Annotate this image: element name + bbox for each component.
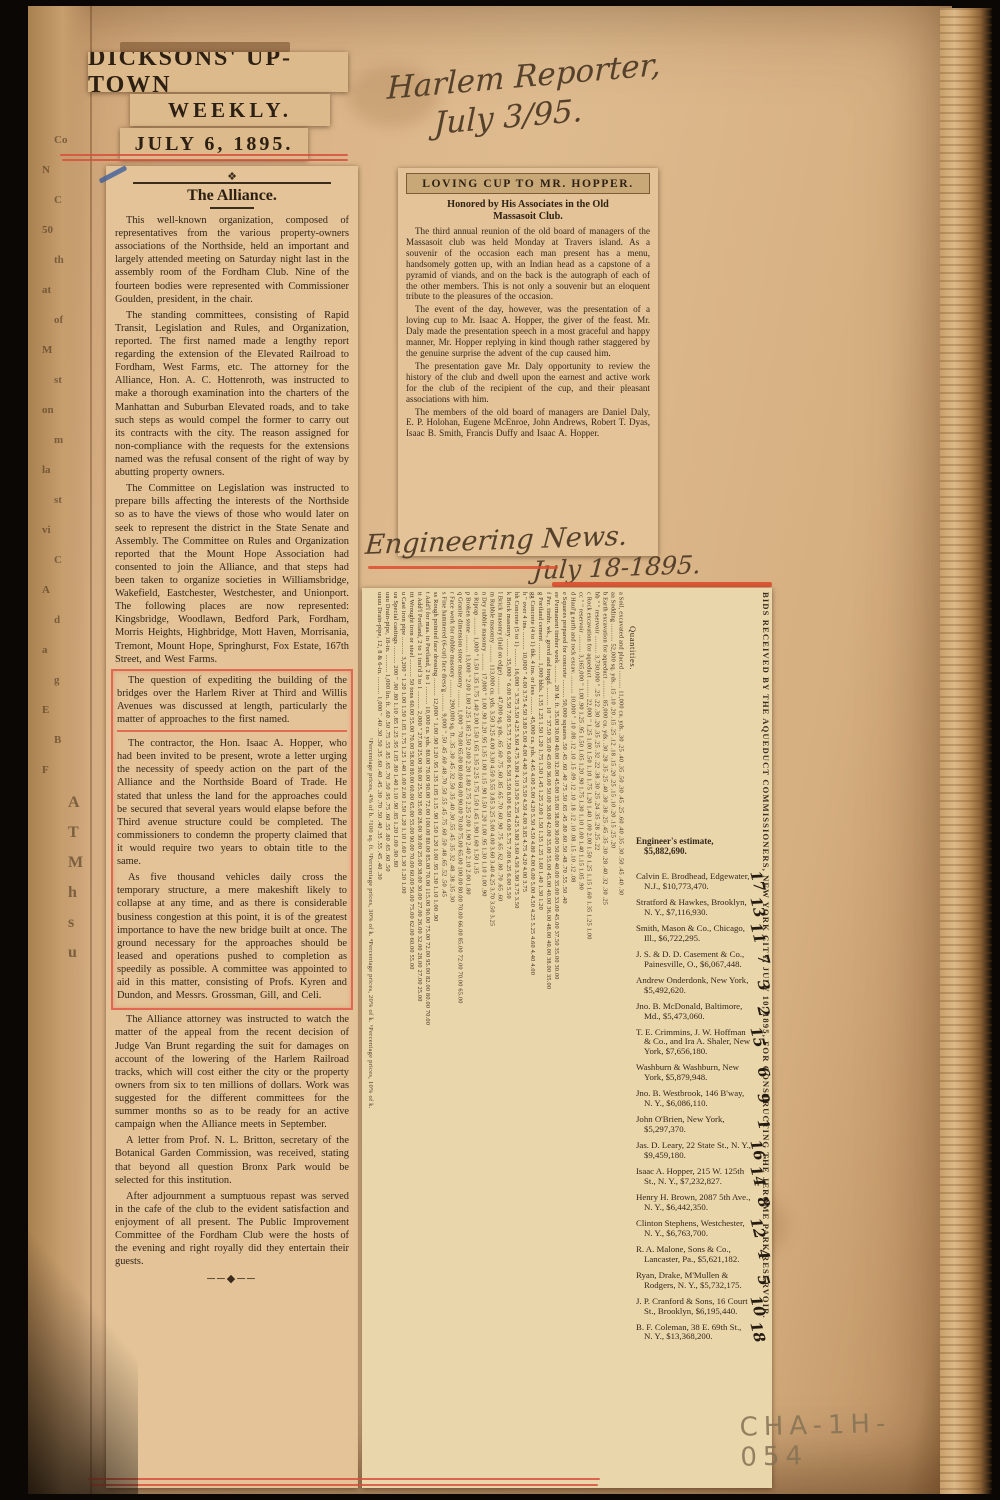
margin-text-fragment: a: [42, 644, 48, 656]
margin-text-fragment: B: [54, 734, 61, 746]
article-paragraph: The contractor, the Hon. Isaac A. Hopper…: [117, 737, 347, 868]
bid-table-row: d Haul'g earth and rock excav. .........…: [569, 592, 577, 1482]
handwritten-rank: 13: [747, 895, 768, 919]
masthead-text: WEEKLY.: [168, 98, 292, 123]
alliance-clipping: ❖ The Alliance. This well-known organiza…: [106, 166, 358, 1488]
book-page-edges: [940, 8, 992, 1494]
bid-table-row: n Dry rubble masonry .......... 17,000 "…: [480, 592, 488, 1482]
masthead-line2: WEEKLY.: [130, 94, 330, 126]
bidder-entry: J. P. Cranford & Sons, 16 Court St., Bro…: [634, 1297, 752, 1316]
bid-table-row: o Riprap .......... 1,000 " 1.50 1.35 1.…: [472, 592, 480, 1482]
bid-table-row: c Rock excavation for aqueduct .........…: [585, 592, 593, 1482]
margin-text-fragment: vi: [42, 524, 51, 536]
bidder-entry: Stratford & Hawkes, Brooklyn, N. Y., $7,…: [634, 898, 752, 917]
bid-table-items: a Soil, excavated and placed .......... …: [375, 592, 625, 1482]
torn-corner-shadow: [28, 1194, 138, 1494]
bid-table-row: gg Concrete (4 to 1) thk. 4 ins. or less…: [528, 592, 536, 1482]
bid-table-row: l Brick masonry (laid on edge) .........…: [496, 592, 504, 1482]
bid-table-row: g Portland cement .......... 1,000 bbls.…: [536, 592, 544, 1482]
margin-text-fragment: g: [54, 674, 60, 686]
handwritten-rank: 18: [747, 1320, 768, 1344]
article-paragraph: A letter from Prof. N. L. Britton, secre…: [115, 1134, 349, 1186]
bid-table-row: ss Rough pointed face dressing .........…: [431, 592, 439, 1482]
article-paragraph: The question of expediting the building …: [117, 674, 347, 732]
margin-text-fragment: F: [42, 764, 49, 776]
bid-table-row: f Per. timbr. wk., grovd and tongd. ....…: [544, 592, 552, 1482]
article-subtitle: Honored by His Associates in the Old: [412, 199, 644, 210]
article-paragraph: As five thousand vehicles daily cross th…: [117, 871, 347, 1002]
margin-text-fragment: s: [68, 914, 74, 932]
bid-table-footnotes: ¹Percentage prices, 4% of b. ²100 sq. ft…: [363, 738, 374, 1468]
margin-text-fragment: Co: [54, 134, 67, 146]
bid-table-row: uuuu Drain-pipe, 12, 8 & 6-in. .........…: [375, 592, 383, 1482]
margin-text-fragment: A: [68, 794, 80, 812]
article-paragraph: The Alliance attorney was instructed to …: [115, 1013, 349, 1131]
red-underline-thick: [552, 582, 772, 587]
bid-table-row: e Squares prepared for concrete ........…: [560, 592, 568, 1482]
bidder-entry: Smith, Mason & Co., Chicago, Ill., $6,72…: [634, 924, 752, 943]
bid-table-row: uuu Drain-pipe, 18-in. .......... 1,000 …: [383, 592, 391, 1482]
handwritten-rank: 11: [747, 921, 768, 945]
bidder-entry: Jno. B. McDonald, Baltimore, Md., $5,473…: [634, 1002, 752, 1021]
loving-cup-clipping: LOVING CUP TO MR. HOPPER. Honored by His…: [398, 168, 658, 556]
margin-text-fragment: h: [68, 884, 77, 902]
margin-text-fragment: T: [68, 824, 79, 842]
margin-text-fragment: M: [42, 344, 52, 356]
masthead-line1: DICKSONS' UP-TOWN: [88, 52, 348, 92]
margin-text-fragment: on: [42, 404, 54, 416]
red-underline: [62, 159, 348, 161]
handwritten-rank: 15: [747, 1025, 768, 1049]
bid-table-row: hh Concrete (5 to 1) .......... 16,000 "…: [512, 592, 520, 1482]
archive-code: CHA-1H-054: [739, 1407, 952, 1473]
title-rule: [210, 207, 254, 209]
article-paragraph: After adjournment a sumptuous repast was…: [115, 1190, 349, 1269]
bid-table-row: r Face work for rubble masonry .........…: [448, 592, 456, 1482]
bid-table-row: k Brick masonry .......... 35,000 " 6.00…: [504, 592, 512, 1482]
red-underline: [368, 566, 558, 569]
bid-table-row: a Soil, excavated and placed .......... …: [617, 592, 625, 1482]
article-title: The Alliance.: [115, 187, 349, 205]
bidder-entry: Jno. B. Westbrook, 146 B'way, N. Y., $6,…: [634, 1089, 752, 1108]
bidder-entry: R. A. Malone, Sons & Co., Lancaster, Pa.…: [634, 1245, 752, 1264]
margin-text-fragment: la: [42, 464, 51, 476]
end-ornament: ──◆──: [115, 1272, 349, 1285]
ornamental-rule: ❖: [133, 172, 331, 184]
bidder-entry: T. E. Crimmins, J. W. Hoffman & Co., and…: [634, 1028, 752, 1057]
bid-table-row: q Granite dimension stone masonry ......…: [456, 592, 464, 1482]
margin-text-fragment: m: [54, 434, 63, 446]
loving-cup-article-body: The third annual reunion of the old boar…: [406, 226, 650, 439]
article-subtitle: Massasoit Club.: [406, 211, 650, 222]
article-paragraph: The event of the day, however, was the p…: [406, 304, 650, 359]
margin-text-fragment: th: [54, 254, 64, 266]
photo-border: [0, 0, 1000, 6]
handwritten-rank: 10: [747, 1294, 768, 1318]
handwritten-rank: 16: [747, 1138, 768, 1162]
bidder-list: Engineer's estimate, $5,882,690. Calvin …: [634, 588, 752, 1482]
margin-text-fragment: E: [42, 704, 49, 716]
bidder-entry: Jas. D. Leary, 22 State St., N. Y., $9,4…: [634, 1141, 752, 1160]
alliance-article-body: This well-known organization, composed o…: [115, 214, 349, 1268]
bid-table-row: u Cast iron pipe .......... 3,200 " 1.20…: [399, 592, 407, 1482]
handwritten-citation-harlem: Harlem Reporter, July 3/95.: [386, 46, 661, 148]
margin-text-fragment: of: [54, 314, 63, 326]
bid-table-row: m Rubble masonry .......... 113,000 cu. …: [488, 592, 496, 1482]
bid-table-row: bb " " reservoir .......... 3,730,000 " …: [593, 592, 601, 1482]
bidder-entry: Henry H. Brown, 2087 5th Ave., N. Y., $6…: [634, 1193, 752, 1212]
bid-table-row: ee Permanent timber work .......... 20 M…: [552, 592, 560, 1482]
margin-text-fragment: M: [68, 854, 83, 872]
bidder-entry: Washburn & Washburn, New York, $5,879,94…: [634, 1063, 752, 1082]
handwritten-rank: 14: [747, 1164, 768, 1188]
masthead-text: JULY 6, 1895.: [135, 133, 294, 156]
margin-text-fragment: st: [54, 374, 62, 386]
margin-text-fragment: N: [42, 164, 50, 176]
article-paragraph: The presentation gave Mr. Daly opportuni…: [406, 361, 650, 405]
masthead-text: DICKSONS' UP-TOWN: [88, 52, 348, 92]
bid-table-clipping: BIDS RECEIVED BY THE AQUEDUCT COMMISSION…: [362, 588, 772, 1488]
margin-text-fragment: u: [68, 944, 77, 962]
margin-text-fragment: d: [54, 614, 60, 626]
bidder-entry: Calvin E. Brodhead, Edgewater, N.J., $10…: [634, 872, 752, 891]
bidder-entry: Clinton Stephens, Westchester, N. Y., $6…: [634, 1219, 752, 1238]
red-highlight-box: The question of expediting the building …: [111, 669, 353, 1011]
article-paragraph: The Committee on Legislation was instruc…: [115, 482, 349, 666]
handwritten-rank: 17: [747, 869, 768, 893]
engineer-estimate: Engineer's estimate, $5,882,690.: [634, 836, 752, 856]
article-paragraph: The members of the old board of managers…: [406, 407, 650, 440]
article-paragraph: This well-known organization, composed o…: [115, 214, 349, 306]
margin-text-fragment: C: [54, 194, 62, 206]
bid-table-row: cc " " reservoir .......... 3,165,000 " …: [577, 592, 585, 1482]
article-paragraph: The standing committees, consisting of R…: [115, 309, 349, 479]
bid-table-row: aa Sodding .......... 52,000 sq. yds. .1…: [609, 592, 617, 1482]
bid-table-row: s Fine hammered (6-cut) face dress'g ...…: [440, 592, 448, 1482]
bid-table-row: uu Special castings .......... 200 " .90…: [391, 592, 399, 1482]
article-title: LOVING CUP TO MR. HOPPER.: [406, 173, 650, 194]
margin-text-fragment: at: [42, 284, 51, 296]
margin-text-fragment: A: [42, 584, 50, 596]
scrapbook-page: CoNC50thatofMstonmlastviCAdagEBFATMhsu D…: [28, 6, 952, 1494]
bidder-entry: J. S. & D. D. Casement & Co., Painesvill…: [634, 950, 752, 969]
article-paragraph: The third annual reunion of the old boar…: [406, 226, 650, 302]
bid-table-row: b Earth excavation for aqueduct ........…: [601, 592, 609, 1482]
bid-table-row: h " over 4 ins. .......... 10,000 " 4.00…: [520, 592, 528, 1482]
handwritten-rank: 12: [747, 1216, 768, 1240]
bidder-entry: Isaac A. Hopper, 215 W. 125th St., N. Y.…: [634, 1167, 752, 1186]
bidder-entry: Ryan, Drake, M'Mullen & Rodgers, N. Y., …: [634, 1271, 752, 1290]
margin-text-fragment: C: [54, 554, 62, 566]
bid-table-row: p Broken stone .......... 13,000 " 2.00 …: [464, 592, 472, 1482]
bidder-entry: B. F. Coleman, 38 E. 69th St., N. Y., $1…: [634, 1323, 752, 1342]
bid-table-row: t Add'l for mas. in Portland, 2 to 1 ...…: [423, 592, 431, 1482]
bidder-entry: John O'Brien, New York, $5,297,370.1: [634, 1115, 752, 1134]
bidder-entry: Andrew Onderdonk, New York, $5,492,620.3: [634, 976, 752, 995]
margin-text-fragment: 50: [42, 224, 53, 236]
torn-remnant: [120, 42, 290, 52]
bid-table-row: ttt Wrought iron or steel .......... 50 …: [407, 592, 415, 1482]
margin-text-fragment: st: [54, 494, 62, 506]
bid-table-row: tt Add'l Portland, 2 to 1 inst'd 3 to 1 …: [415, 592, 423, 1482]
